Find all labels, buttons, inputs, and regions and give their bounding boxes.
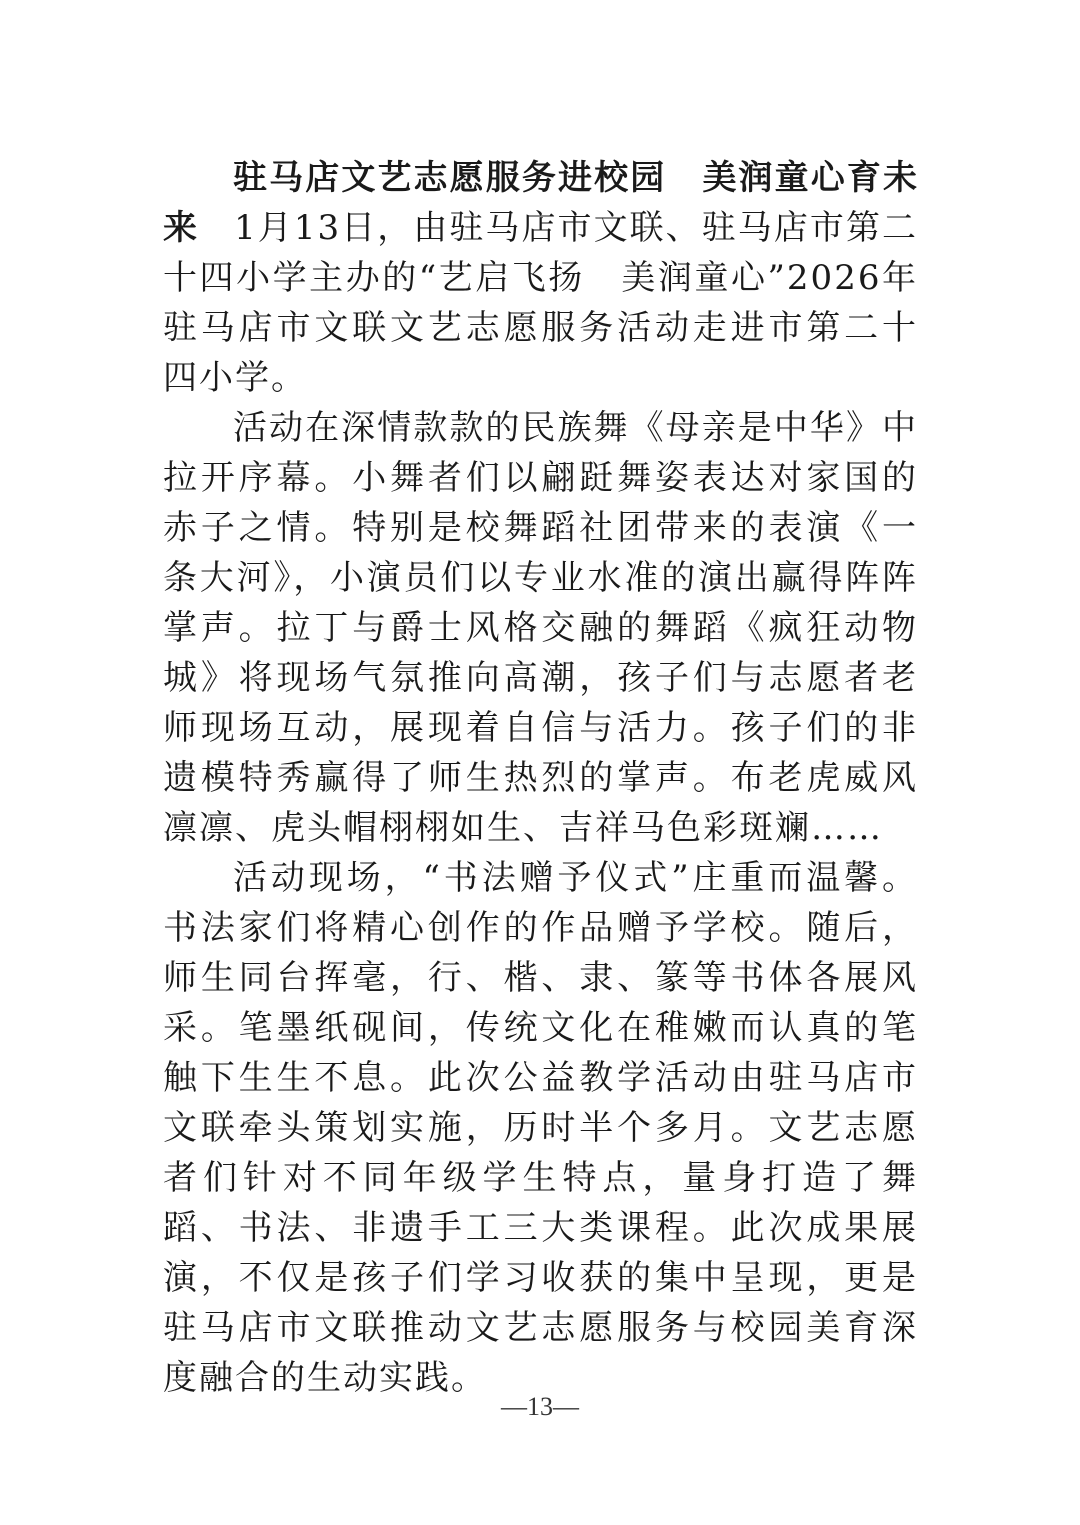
paragraph-lead: 驻马店文艺志愿服务进校园 美润童心育未来 1月13日，由驻马店市文联、驻马店市第… (163, 153, 918, 403)
lead-text: 1月13日，由驻马店市文联、驻马店市第二十四小学主办的“艺启飞扬 美润童心”20… (163, 208, 918, 398)
paragraph-calligraphy: 活动现场，“书法赠予仪式”庄重而温馨。书法家们将精心创作的作品赠予学校。随后，师… (163, 853, 918, 1403)
paragraph-performances: 活动在深情款款的民族舞《母亲是中华》中拉开序幕。小舞者们以翩跹舞姿表达对家国的赤… (163, 403, 918, 853)
page-number: —13— (0, 1392, 1080, 1422)
document-page: 驻马店文艺志愿服务进校园 美润童心育未来 1月13日，由驻马店市文联、驻马店市第… (163, 153, 918, 1403)
